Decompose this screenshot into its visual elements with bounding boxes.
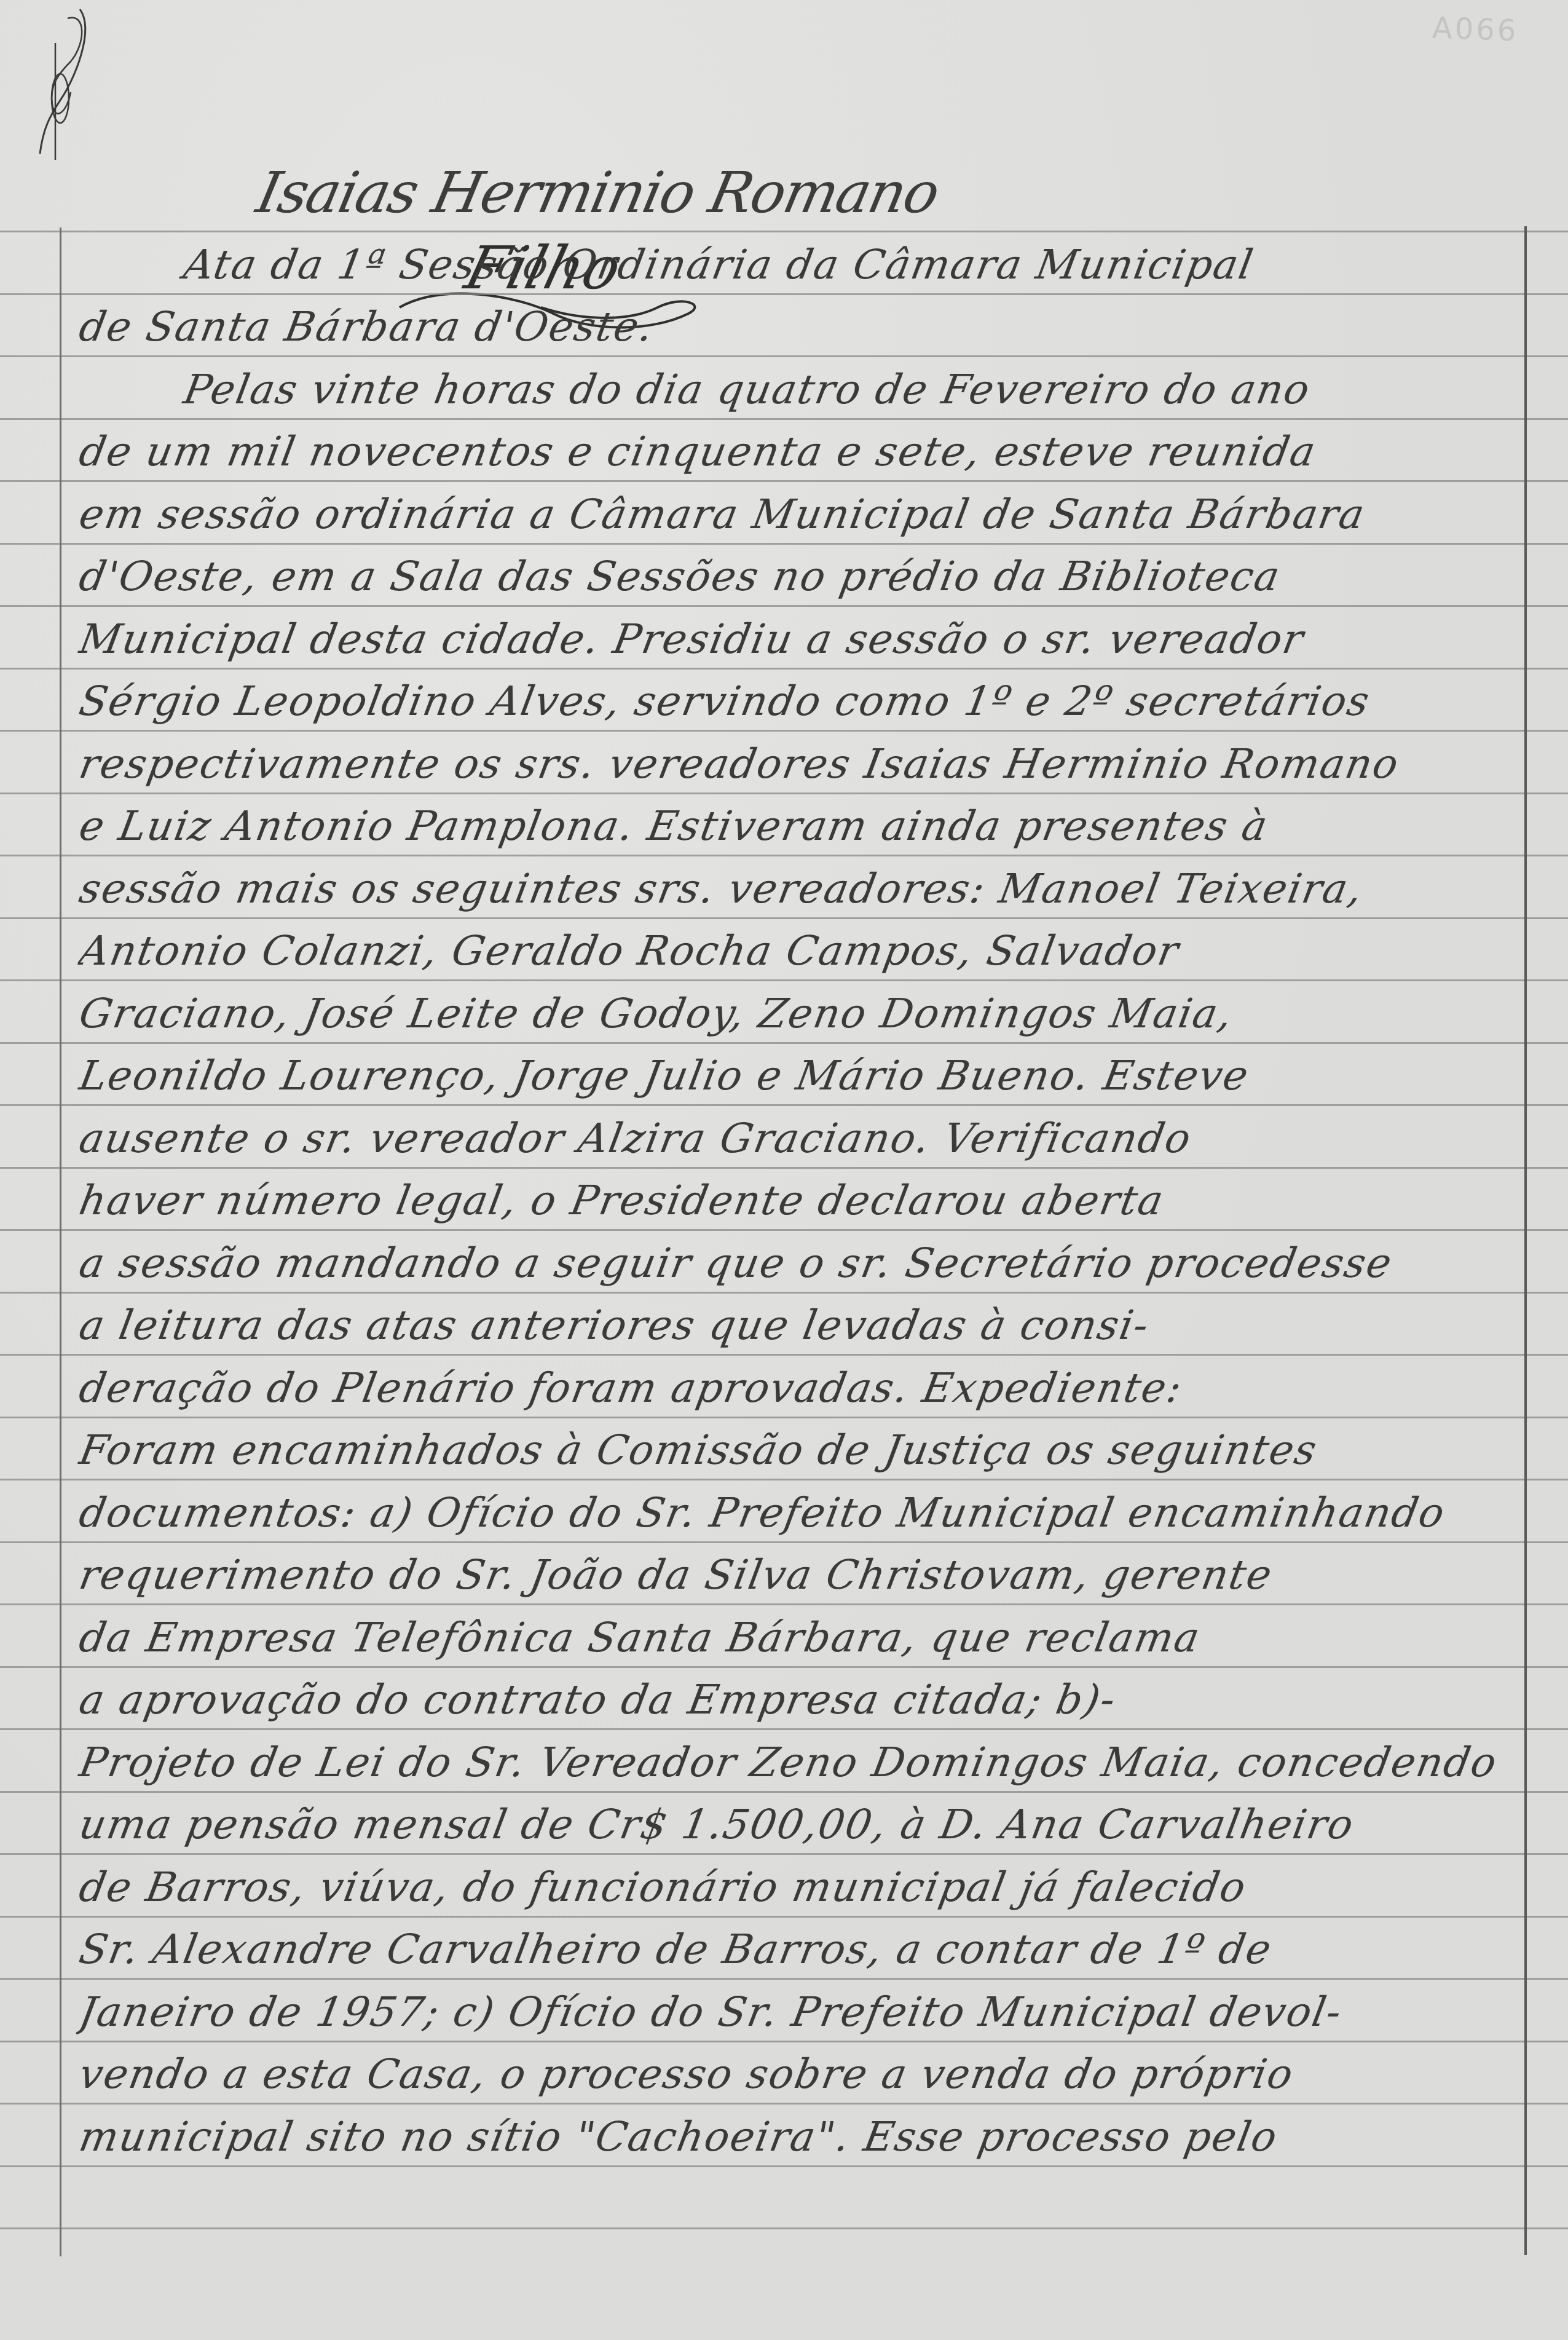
handwritten-line: Janeiro de 1957; c) Ofício do Sr. Prefei… [74, 1982, 1524, 2043]
handwritten-line: Municipal desta cidade. Presidiu a sessã… [74, 609, 1524, 670]
handwritten-line: Foram encaminhados à Comissão de Justiça… [74, 1420, 1524, 1481]
handwritten-line: Sérgio Leopoldino Alves, servindo como 1… [74, 671, 1524, 732]
handwritten-line: e Luiz Antonio Pamplona. Estiveram ainda… [74, 796, 1524, 857]
faint-stamp-number: A066 [1432, 11, 1519, 49]
handwritten-line: em sessão ordinária a Câmara Municipal d… [74, 484, 1524, 545]
handwritten-line: a leitura das atas anteriores que levada… [74, 1295, 1524, 1356]
handwritten-line: haver número legal, o Presidente declaro… [74, 1170, 1524, 1231]
handwritten-line: Antonio Colanzi, Geraldo Rocha Campos, S… [74, 920, 1524, 982]
corner-signature-mark [37, 6, 92, 166]
handwritten-line: deração do Plenário foram aprovadas. Exp… [74, 1358, 1524, 1419]
handwritten-line: da Empresa Telefônica Santa Bárbara, que… [74, 1607, 1524, 1669]
handwritten-line: municipal sito no sítio "Cachoeira". Ess… [74, 2106, 1524, 2168]
handwritten-line: uma pensão mensal de Cr$ 1.500,00, à D. … [74, 1794, 1524, 1856]
handwritten-line: ausente o sr. vereador Alzira Graciano. … [74, 1108, 1524, 1169]
handwritten-line: Ata da 1ª Sessão Ordinária da Câmara Mun… [74, 234, 1568, 296]
handwritten-line: requerimento do Sr. João da Silva Christ… [74, 1544, 1524, 1606]
handwritten-line: Pelas vinte horas do dia quatro de Fever… [74, 359, 1568, 421]
handwritten-line: Projeto de Lei do Sr. Vereador Zeno Domi… [74, 1732, 1524, 1793]
handwritten-line: a aprovação do contrato da Empresa citad… [74, 1669, 1524, 1731]
handwritten-line: documentos: a) Ofício do Sr. Prefeito Mu… [74, 1482, 1524, 1544]
handwritten-line: de Santa Bárbara d'Oeste. [74, 296, 1524, 358]
handwritten-line: de Barros, viúva, do funcionário municip… [74, 1857, 1524, 1918]
ruled-line [0, 2227, 1568, 2229]
right-margin-line [1524, 226, 1527, 2255]
handwritten-line: de um mil novecentos e cinquenta e sete,… [74, 421, 1524, 483]
handwritten-line: d'Oeste, em a Sala das Sessões no prédio… [74, 546, 1524, 607]
handwritten-line: respectivamente os srs. vereadores Isaia… [74, 733, 1524, 795]
handwritten-line: Leonildo Lourenço, Jorge Julio e Mário B… [74, 1045, 1524, 1107]
handwritten-line: sessão mais os seguintes srs. vereadores… [74, 858, 1524, 920]
handwritten-line: a sessão mandando a seguir que o sr. Sec… [74, 1233, 1524, 1294]
handwritten-line: Sr. Alexandre Carvalheiro de Barros, a c… [74, 1919, 1524, 1980]
header-signature-name: Isaias Herminio Romano [251, 160, 945, 226]
handwritten-line: vendo a esta Casa, o processo sobre a ve… [74, 2044, 1524, 2105]
left-margin-line [60, 227, 61, 2256]
handwritten-line: Graciano, José Leite de Godoy, Zeno Domi… [74, 983, 1524, 1045]
ruled-line [0, 231, 1568, 232]
